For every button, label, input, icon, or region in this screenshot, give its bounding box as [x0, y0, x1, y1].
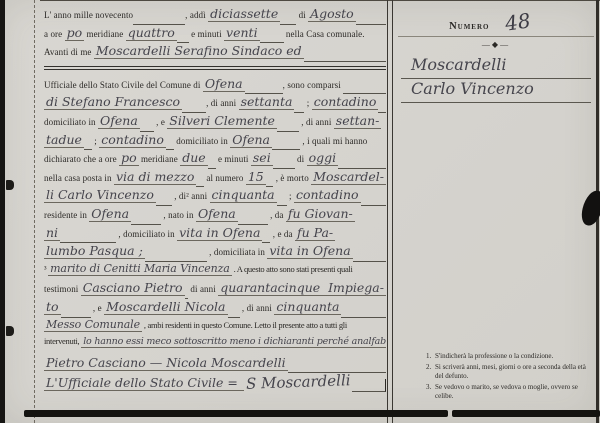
handwritten-text: Ofena: [203, 76, 245, 92]
handwritten-text: lo hanno essi meco sottoscritto meno i d…: [81, 336, 386, 348]
blank-underline: [353, 248, 386, 262]
blank-underline: [280, 11, 296, 25]
handwritten-text: via di mezzo: [114, 169, 196, 185]
printed-text: , di² anni: [172, 191, 210, 201]
margin-column: Numero48 —◆— Moscardelli Carlo Vincenzo …: [398, 0, 594, 423]
footnote-number: 2.: [426, 363, 435, 381]
binding-dashed-line: [34, 0, 35, 423]
footnote-number: 1.: [426, 352, 435, 361]
handwritten-text: fu Giovan-: [286, 206, 355, 222]
document-line: a ore po meridiane quattro e minuti vent…: [44, 25, 386, 44]
printed-text: domiciliato in: [44, 117, 98, 127]
document-line: Pietro Casciano — Nicola Moscardelli: [44, 355, 386, 374]
document-line: Messo Comunale , ambi residenti in quest…: [44, 318, 386, 337]
blank-underline: [208, 155, 216, 169]
blank-underline: [131, 211, 161, 225]
blank-underline: [378, 99, 386, 113]
handwritten-text: po: [65, 25, 85, 41]
printed-text: L' anno mille novecento: [44, 10, 133, 20]
blank-underline: [60, 229, 116, 243]
blank-underline: [277, 118, 299, 132]
printed-text: , i quali mi hanno: [300, 136, 367, 146]
blank-underline: [182, 99, 206, 113]
document-line: di Stefano Francesco, di anni settanta ;…: [44, 94, 386, 113]
blank-underline: [61, 304, 91, 318]
blank-underline: [266, 173, 274, 187]
blank-underline: [166, 136, 174, 150]
blank-underline: [338, 155, 386, 169]
printed-text: ;: [92, 136, 99, 146]
column-separator-rule: [387, 0, 393, 423]
handwritten-text: 15: [246, 169, 266, 185]
margin-name-line: Moscardelli: [401, 55, 591, 79]
printed-text: Avanti di me: [44, 47, 94, 57]
printed-text: , di anni: [299, 117, 334, 127]
document-line: residente in Ofena , nato in Ofena , da …: [44, 206, 386, 225]
printed-text: , domiciliato in: [116, 229, 177, 239]
scan-edge-left: [0, 0, 5, 423]
handwritten-text: lumbo Pasqua ;: [44, 243, 145, 259]
footnote: 1.S'indicherà la professione o la condiz…: [426, 352, 590, 361]
handwritten-text: settanta: [239, 94, 295, 110]
handwritten-text: settan-: [334, 113, 382, 129]
blank-underline: [294, 99, 304, 113]
document-line: dichiarato che a ore po meridiane due e …: [44, 150, 386, 169]
printed-text: , da: [268, 210, 286, 220]
handwritten-text: Ofena: [98, 113, 140, 129]
handwritten-text: Moscardel-: [311, 169, 386, 185]
document-line: to , e Moscardelli Nicola , di anni cinq…: [44, 299, 386, 318]
printed-text: e minuti: [216, 154, 251, 164]
handwritten-text: contadino: [294, 187, 361, 203]
gutter-ink-mark: [6, 180, 14, 190]
death-record-scan: L' anno mille novecento, addì diciassett…: [0, 0, 600, 423]
handwritten-text: quarantacinque Impiega-: [218, 280, 386, 296]
document-line: intervenuti, lo hanno essi meco sottoscr…: [44, 336, 386, 355]
footnote: 3.Se vedovo o marito, se vedova o moglie…: [426, 383, 590, 401]
blank-underline: [84, 136, 92, 150]
handwritten-text: Agosto: [308, 6, 356, 22]
printed-text: di: [296, 10, 308, 20]
blank-underline: [245, 80, 283, 94]
blank-underline: [361, 192, 386, 206]
blank-underline: [196, 173, 204, 187]
printed-text: nella Casa comunale.: [284, 29, 365, 39]
blank-underline: [140, 118, 154, 132]
handwritten-text: Messo Comunale: [44, 318, 142, 332]
document-line: lumbo Pasqua ; , domiciliata in vita in …: [44, 243, 386, 262]
printed-text: , di anni: [240, 303, 275, 313]
handwritten-text: po: [119, 150, 139, 166]
blank-underline: [277, 192, 287, 206]
handwritten-text: vita in Ofena: [177, 225, 262, 241]
printed-text: , domiciliata in: [207, 247, 268, 257]
deceased-surname: Moscardelli: [401, 55, 506, 74]
printed-text: , e: [154, 117, 168, 127]
section-divider-rule: [44, 69, 386, 70]
printed-text: dichiarato che a ore: [44, 154, 119, 164]
blank-underline: [341, 304, 386, 318]
printed-text: ;: [287, 191, 294, 201]
printed-text: , addì: [185, 10, 208, 20]
handwritten-text: Moscardelli Serafino Sindaco ed: [94, 43, 304, 59]
footnote-text: S'indicherà la professione o la condizio…: [435, 352, 553, 361]
printed-text: al numero: [204, 173, 246, 183]
handwritten-text: due: [180, 150, 207, 166]
handwritten-text: Silveri Clemente: [167, 113, 277, 129]
handwritten-text: ni: [44, 225, 60, 241]
handwritten-text: fu Pa-: [295, 225, 335, 241]
gutter-ink-mark: [6, 326, 14, 336]
bottom-scan-bar: [452, 410, 600, 417]
bottom-scan-bar: [24, 410, 448, 417]
record-number-value: 48: [492, 7, 544, 38]
blank-underline: [262, 229, 270, 243]
handwritten-text: contadino: [312, 94, 379, 110]
margin-name-line: Carlo Vincenzo: [401, 79, 591, 103]
blank-underline: [238, 211, 268, 225]
handwritten-text: Casciano Pietro: [81, 280, 185, 296]
blank-underline: [288, 359, 386, 373]
blank-underline: [304, 48, 386, 62]
handwritten-text: sei: [251, 150, 273, 166]
handwritten-text: Ofena: [89, 206, 131, 222]
printed-text: , è morto: [273, 173, 311, 183]
document-line: Avanti di me Moscardelli Serafino Sindac…: [44, 43, 386, 62]
printed-text: di: [295, 154, 307, 164]
printed-text: , nato in: [161, 210, 196, 220]
handwritten-text: diciassette: [208, 6, 280, 22]
printed-text: meridiane: [84, 29, 126, 39]
printed-text: nella casa posta in: [44, 173, 114, 183]
deceased-given-names: Carlo Vincenzo: [401, 79, 534, 98]
blank-underline: [156, 192, 172, 206]
document-line: domiciliato in Ofena , e Silveri Clement…: [44, 113, 386, 132]
handwritten-text: to: [44, 299, 61, 315]
document-line: ni , domiciliato in vita in Ofena , e da…: [44, 225, 386, 244]
handwritten-text: cinquanta: [210, 187, 277, 203]
printed-text: , e da: [270, 229, 295, 239]
blank-underline: [228, 304, 240, 318]
blank-underline: [260, 29, 284, 43]
document-line: Ufficiale dello Stato Civile del Comune …: [44, 76, 386, 95]
document-line: L' anno mille novecento, addì diciassett…: [44, 6, 386, 25]
act-text-column: L' anno mille novecento, addì diciassett…: [44, 6, 386, 392]
footnote-number: 3.: [426, 383, 435, 401]
printed-text: di anni: [188, 284, 218, 294]
document-line: ³ marito di Cenitti Maria Vincenza . A q…: [44, 262, 386, 281]
printed-text: a ore: [44, 29, 65, 39]
official-signature: S Moscardelli: [244, 373, 353, 392]
handwritten-text: L'Ufficiale dello Stato Civile =: [44, 375, 244, 391]
blank-underline: [343, 80, 386, 94]
handwritten-text: oggi: [307, 150, 339, 166]
handwritten-text: marito di Cenitti Maria Vincenza: [48, 262, 232, 276]
printed-text: domiciliato in: [174, 136, 230, 146]
document-line: L'Ufficiale dello Stato Civile = S Mosca…: [44, 373, 386, 392]
handwritten-text: venti: [224, 25, 260, 41]
printed-text: Ufficiale dello Stato Civile del Comune …: [44, 80, 203, 90]
blank-underline: [352, 379, 386, 392]
printed-text: , e: [91, 303, 105, 313]
handwritten-text: Ofena: [196, 206, 238, 222]
printed-text: meridiane: [139, 154, 181, 164]
handwritten-text: quattro: [126, 25, 177, 41]
handwritten-text: li Carlo Vincenzo: [44, 187, 156, 203]
form-footnotes: 1.S'indicherà la professione o la condiz…: [426, 352, 590, 403]
document-line: nella casa posta in via di mezzo al nume…: [44, 169, 386, 188]
handwritten-text: Pietro Casciano — Nicola Moscardelli: [44, 355, 288, 371]
document-line: li Carlo Vincenzo , di² anni cinquanta ;…: [44, 187, 386, 206]
numero-label: Numero: [449, 21, 489, 32]
handwritten-text: Moscardelli Nicola: [104, 299, 227, 315]
document-line: tadue ; contadino domiciliato in Ofena ,…: [44, 132, 386, 151]
printed-text: , di anni: [206, 98, 239, 108]
blank-underline: [356, 11, 386, 25]
handwritten-text: Ofena: [230, 132, 272, 148]
blank-underline: [272, 136, 300, 150]
blank-underline: [177, 29, 189, 43]
printed-text: intervenuti,: [44, 336, 81, 346]
blank-underline: [273, 155, 295, 169]
printed-text: . A questo atto sono stati presenti qual…: [232, 264, 353, 274]
printed-text: ;: [304, 98, 311, 108]
footnote-text: Se vedovo o marito, se vedova o moglie, …: [435, 383, 590, 401]
handwritten-text: di Stefano Francesco: [44, 94, 182, 110]
handwritten-text: cinquanta: [274, 299, 341, 315]
printed-text: testimoni: [44, 284, 81, 294]
handwritten-text: contadino: [99, 132, 166, 148]
blank-underline: [133, 11, 185, 25]
footnote-text: Si scriverà anni, mesi, giorni o ore a s…: [435, 363, 590, 381]
printed-text: , ambi residenti in questo Comune. Letto…: [142, 320, 347, 330]
handwritten-text: tadue: [44, 132, 84, 148]
blank-underline: [145, 248, 207, 262]
printed-text: , sono comparsi: [283, 80, 344, 90]
handwritten-text: vita in Ofena: [267, 243, 352, 259]
ornament-divider: —◆—: [398, 40, 594, 49]
printed-text: residente in: [44, 210, 89, 220]
footnote: 2.Si scriverà anni, mesi, giorni o ore a…: [426, 363, 590, 381]
record-number-row: Numero48: [398, 10, 594, 37]
document-line: testimoni Casciano Pietro di anni quaran…: [44, 280, 386, 299]
printed-text: e minuti: [189, 29, 224, 39]
